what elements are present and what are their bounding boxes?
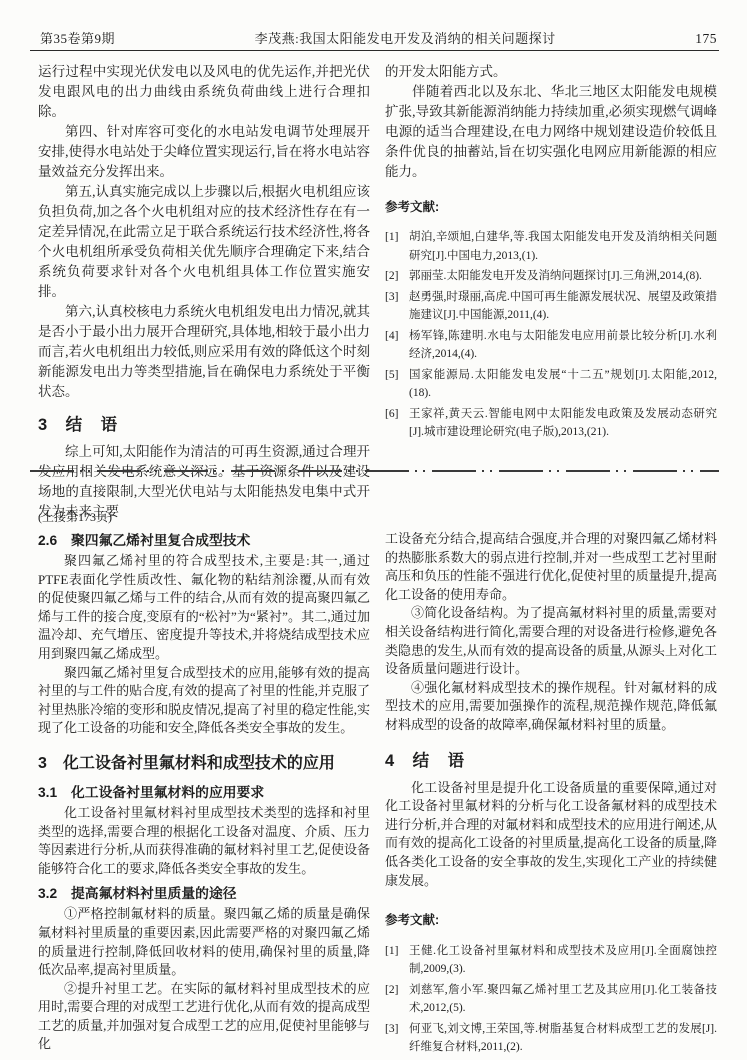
reference-marker: [5] [385,366,398,385]
reference-text: 胡泊,辛颂旭,白建华,等.我国太阳能发电开发及消纳相关问题研究[J].中国电力,… [409,231,717,262]
reference-marker: [3] [385,288,398,307]
references-heading: 参考文献: [385,197,717,215]
running-title: 李茂燕:我国太阳能发电开发及消纳的相关问题探讨 [115,28,695,47]
reference-marker: [4] [385,327,398,346]
reference-item: [4]杨军锋,陈建明.水电与太阳能发电应用前景比较分析[J].水利经济,2014… [385,327,717,364]
article-solar: 运行过程中实现光伏发电以及风电的优先运作,并把光伏发电跟风电的出力曲线由系统负荷… [38,62,717,522]
section-heading-conclusion: 4 结 语 [385,747,717,771]
reference-item: [2]郭丽莹.太阳能发电开发及消纳问题探讨[J].三角洲,2014,(8). [385,267,717,286]
reference-marker: [2] [385,267,398,286]
paragraph: ④强化氟材料成型技术的操作规程。针对氟材料的成型技术的应用,需要加强操作的流程,… [385,679,717,735]
paragraph: 工设备充分结合,提高结合强度,并合理的对聚四氟乙烯材料的热膨胀系数大的弱点进行控… [385,530,717,604]
reference-marker: [2] [385,981,398,999]
paragraph: 第五,认真实施完成以上步骤以后,根据火电机组应该负担负荷,加之各个火电机组对应的… [38,182,370,302]
reference-item: [6]王家祥,黄天云.智能电网中太阳能发电政策及发展动态研究[J].城市建设理论… [385,405,717,442]
reference-item: [3]何亚飞,刘文博,王荣国,等.树脂基复合材料成型工艺的发展[J].纤维复合材… [385,1020,717,1056]
article-solar-left-column: 运行过程中实现光伏发电以及风电的优先运作,并把光伏发电跟风电的出力曲线由系统负荷… [38,62,370,522]
reference-marker: [3] [385,1020,398,1038]
reference-text: 何亚飞,刘文博,王荣国,等.树脂基复合材料成型工艺的发展[J].纤维复合材料,2… [409,1023,717,1053]
paragraph: ③简化设备结构。为了提高氟材料衬里的质量,需要对相关设备结构进行简化,需要合理的… [385,604,717,678]
article-ptfe-left-column: (上接第173页) 2.6 聚四氟乙烯衬里复合成型技术 聚四氟乙烯衬里的符合成型… [38,506,370,1059]
reference-item: [3]赵勇强,时璟丽,高虎.中国可再生能源发展状况、展望及政策措施建议[J].中… [385,288,717,325]
reference-item: [2]刘慈军,詹小军.聚四氟乙烯衬里工艺及其应用[J].化工装备技术,2012,… [385,981,717,1017]
reference-text: 国家能源局.太阳能发电发展“十二五”规划[J].太阳能,2012,(18). [409,369,717,400]
paragraph: 第四、针对库容可变化的水电站发电调节处理展开安排,使得水电站处于尖峰位置实现运行… [38,122,370,182]
reference-text: 王健.化工设备衬里氟材料和成型技术及应用[J].全面腐蚀控制,2009,(3). [409,945,717,975]
section-heading-3: 3 化工设备衬里氟材料和成型技术的应用 [38,750,370,773]
page-number: 175 [695,31,717,47]
references-list: [1]胡泊,辛颂旭,白建华,等.我国太阳能发电开发及消纳相关问题研究[J].中国… [385,228,717,442]
reference-text: 杨军锋,陈建明.水电与太阳能发电应用前景比较分析[J].水利经济,2014,(4… [409,330,717,361]
reference-marker: [1] [385,942,398,960]
article-ptfe: (上接第173页) 2.6 聚四氟乙烯衬里复合成型技术 聚四氟乙烯衬里的符合成型… [38,506,717,1059]
article-ptfe-right-column: 工设备充分结合,提高结合强度,并合理的对聚四氟乙烯材料的热膨胀系数大的弱点进行控… [385,506,717,1059]
paragraph: 化工设备衬里是提升化工设备质量的重要保障,通过对化工设备衬里氟材料的分析与化工设… [385,779,717,891]
paragraph: 聚四氟乙烯衬里的符合成型技术,主要是:其一,通过PTFE表面化学性质改性、氟化物… [38,552,370,664]
reference-text: 赵勇强,时璟丽,高虎.中国可再生能源发展状况、展望及政策措施建议[J].中国能源… [409,291,717,322]
reference-text: 王家祥,黄天云.智能电网中太阳能发电政策及发展动态研究[J].城市建设理论研究(… [409,408,717,439]
section-heading-3-2: 3.2 提高氟材料衬里质量的途径 [38,882,370,902]
article-solar-right-column: 的开发太阳能方式。 伴随着西北以及东北、华北三地区太阳能发电规模扩张,导致其新能… [385,62,717,522]
reference-text: 郭丽莹.太阳能发电开发及消纳问题探讨[J].三角洲,2014,(8). [409,270,702,282]
references-list: [1]王健.化工设备衬里氟材料和成型技术及应用[J].全面腐蚀控制,2009,(… [385,942,717,1056]
reference-text: 刘慈军,詹小军.聚四氟乙烯衬里工艺及其应用[J].化工装备技术,2012,(5)… [409,984,717,1014]
section-heading-2-6: 2.6 聚四氟乙烯衬里复合成型技术 [38,529,370,549]
reference-item: [5]国家能源局.太阳能发电发展“十二五”规划[J].太阳能,2012,(18)… [385,366,717,403]
article-divider-rule [30,470,719,472]
reference-marker: [1] [385,228,398,247]
references-heading: 参考文献: [385,910,717,928]
continued-from-note: (上接第173页) [38,508,370,525]
paragraph: 聚四氟乙烯衬里复合成型技术的应用,能够有效的提高衬里的与工件的贴合度,有效的提高… [38,664,370,738]
reference-item: [1]胡泊,辛颂旭,白建华,等.我国太阳能发电开发及消纳相关问题研究[J].中国… [385,228,717,265]
reference-marker: [6] [385,405,398,424]
issue-label: 第35卷第9期 [40,28,115,47]
paragraph: ②提升衬里工艺。在实际的氟材料衬里成型技术的应用时,需要合理的对成型工艺进行优化… [38,980,370,1054]
section-heading-conclusion: 3 结 语 [38,411,370,435]
paragraph: 伴随着西北以及东北、华北三地区太阳能发电规模扩张,导致其新能源消纳能力持续加重,… [385,82,717,182]
journal-page: 第35卷第9期 李茂燕:我国太阳能发电开发及消纳的相关问题探讨 175 运行过程… [0,0,747,1060]
paragraph: 第六,认真校核电力系统火电机组发电出力情况,就其是否小于最小出力展开合理研究,具… [38,302,370,402]
page-header: 第35卷第9期 李茂燕:我国太阳能发电开发及消纳的相关问题探讨 175 [40,28,717,47]
paragraph: ①严格控制氟材料的质量。聚四氟乙烯的质量是确保氟材料衬里质量的重要因素,因此需要… [38,905,370,979]
header-rule [30,50,719,51]
reference-item: [1]王健.化工设备衬里氟材料和成型技术及应用[J].全面腐蚀控制,2009,(… [385,942,717,978]
paragraph: 化工设备衬里氟材料衬里成型技术类型的选择和衬里类型的选择,需要合理的根据化工设备… [38,804,370,878]
paragraph: 的开发太阳能方式。 [385,62,717,82]
section-heading-3-1: 3.1 化工设备衬里氟材料的应用要求 [38,781,370,801]
paragraph: 运行过程中实现光伏发电以及风电的优先运作,并把光伏发电跟风电的出力曲线由系统负荷… [38,62,370,122]
